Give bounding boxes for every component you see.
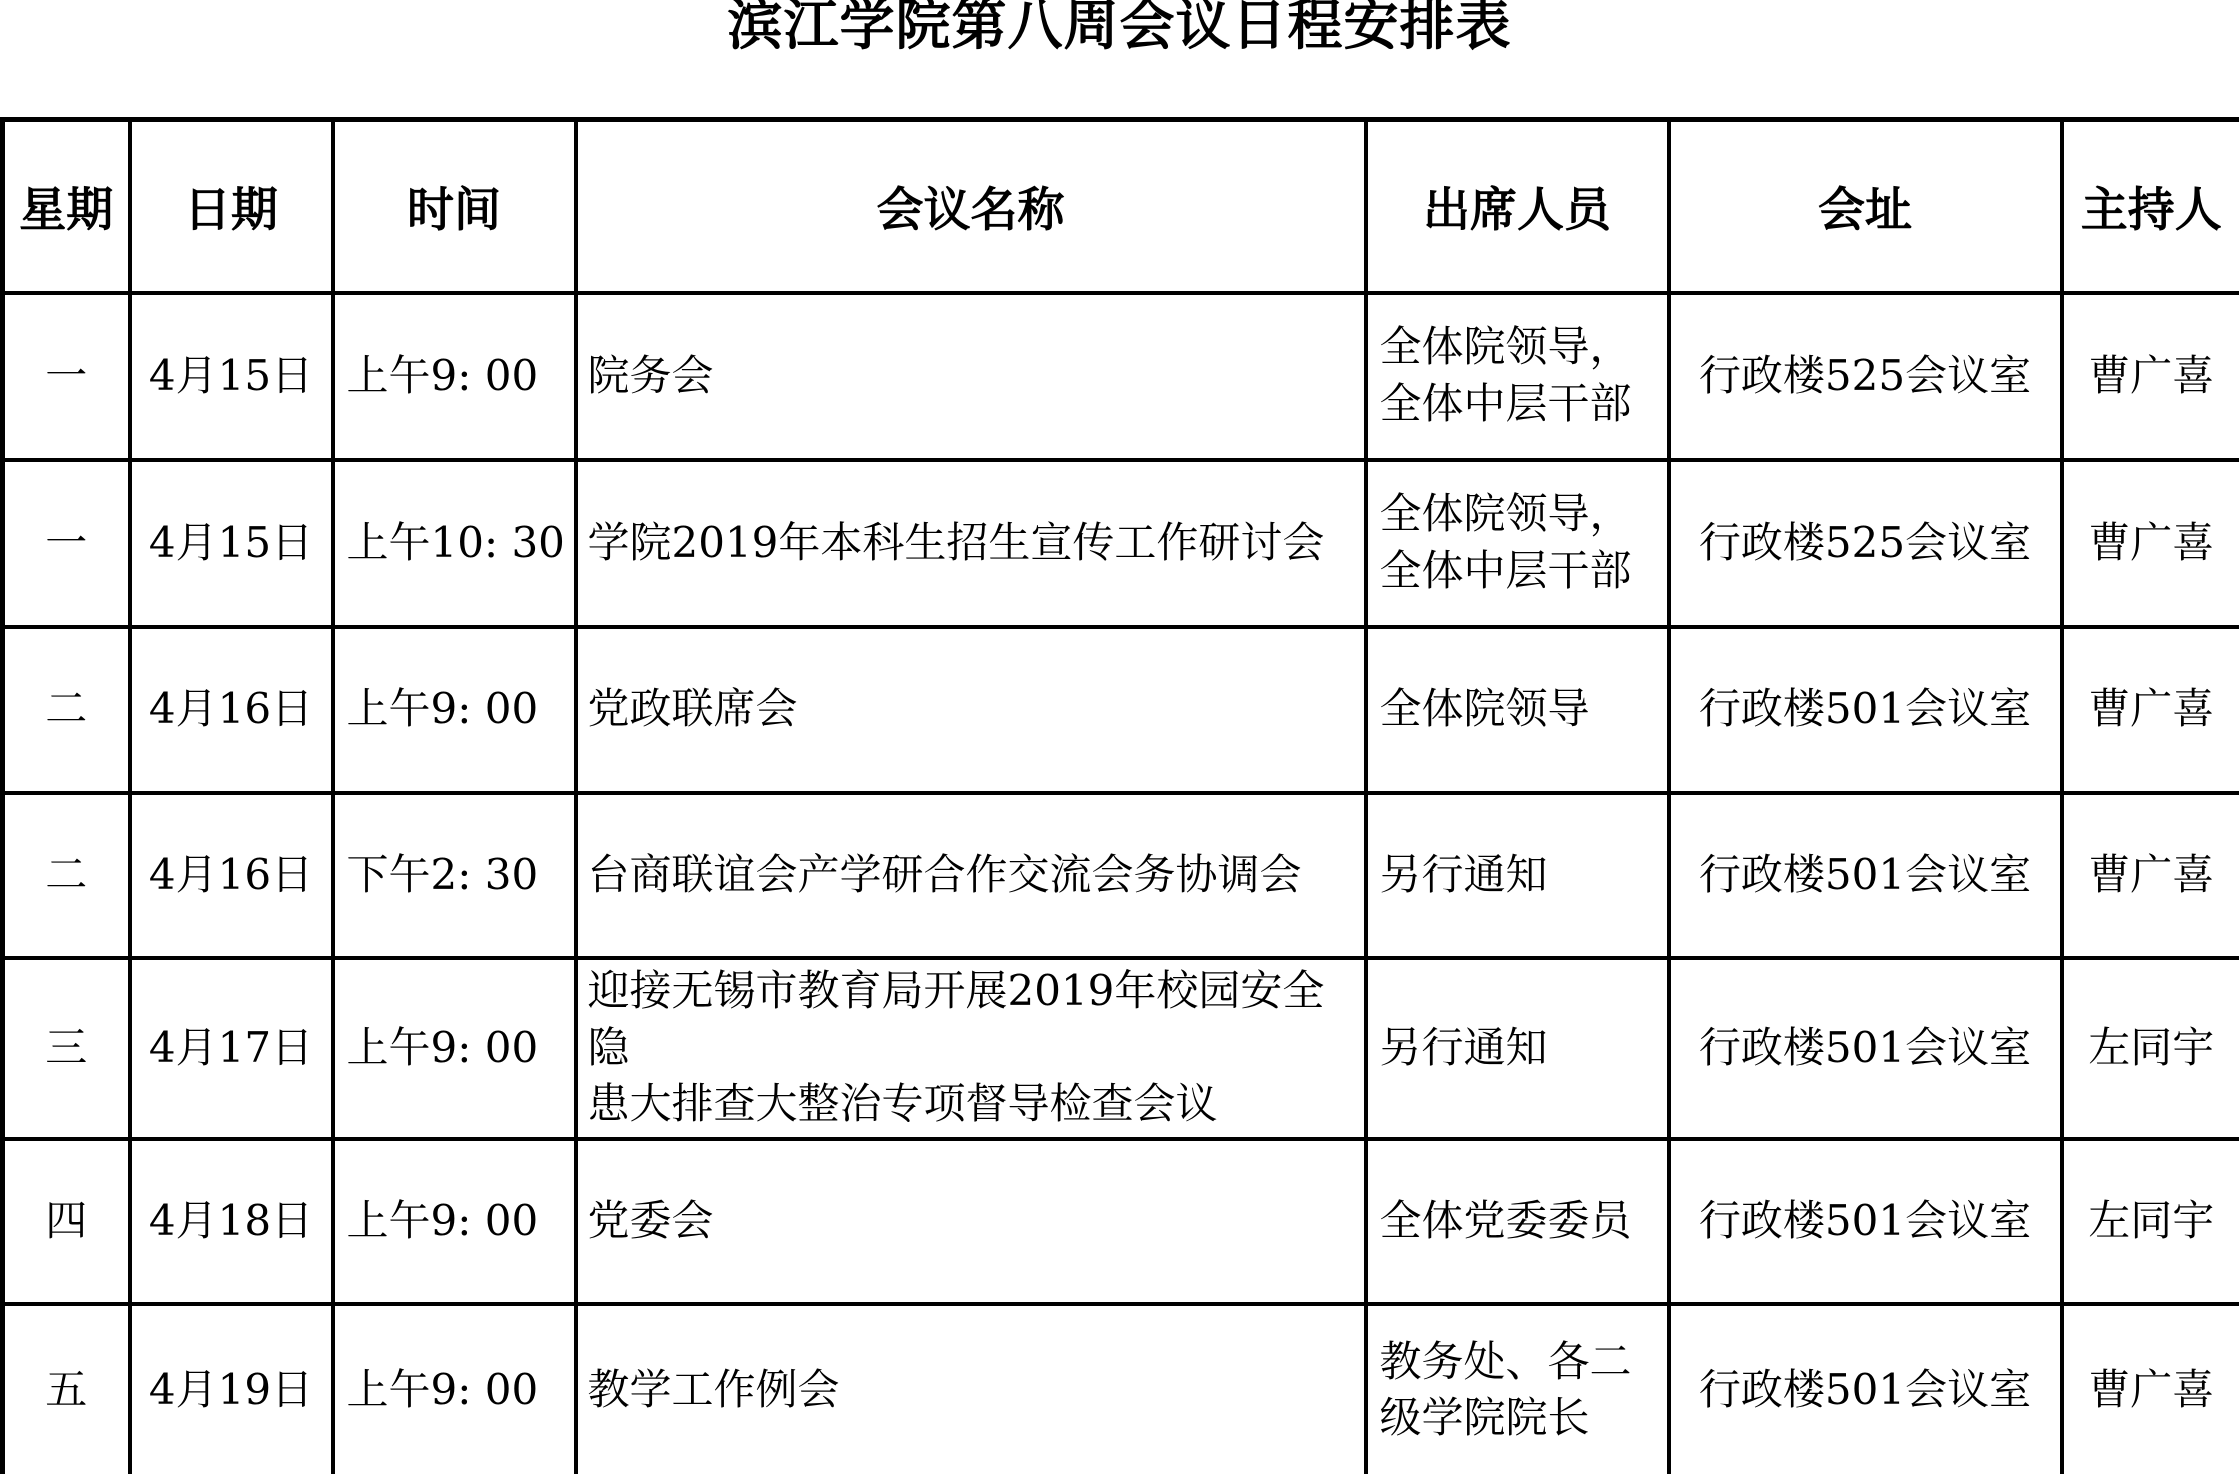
cell-date: 4月18日 [130, 1139, 333, 1304]
cell-date: 4月16日 [130, 793, 333, 958]
cell-host: 曹广喜 [2062, 293, 2239, 460]
cell-weekday: 二 [3, 793, 130, 958]
cell-attendees: 全体党委委员 [1366, 1139, 1669, 1304]
header-cell-meeting-name: 会议名称 [576, 120, 1366, 293]
schedule-table: 星期 日期 时间 会议名称 出席人员 会址 主持人 一 4月15日 上午9: 0… [0, 117, 2239, 1474]
cell-host: 左同宇 [2062, 1139, 2239, 1304]
cell-weekday: 二 [3, 627, 130, 793]
cell-host: 曹广喜 [2062, 460, 2239, 627]
page-title: 滨江学院第八周会议日程安排表 [0, 0, 2239, 56]
document-page: 滨江学院第八周会议日程安排表 星期 日期 时间 会议名称 出席人员 会址 主持人 [0, 0, 2239, 1474]
cell-weekday: 四 [3, 1139, 130, 1304]
cell-host: 曹广喜 [2062, 627, 2239, 793]
table-row: 四 4月18日 上午9: 00 党委会 全体党委委员 行政楼501会议室 左同宇 [3, 1139, 2239, 1304]
cell-time: 上午9: 00 [333, 1139, 576, 1304]
cell-meeting-name: 教学工作例会 [576, 1304, 1366, 1474]
cell-time: 上午9: 00 [333, 958, 576, 1139]
cell-weekday: 三 [3, 958, 130, 1139]
table-row: 二 4月16日 上午9: 00 党政联席会 全体院领导 行政楼501会议室 曹广… [3, 627, 2239, 793]
cell-weekday: 一 [3, 293, 130, 460]
cell-attendees: 全体院领导， 全体中层干部 [1366, 460, 1669, 627]
header-cell-host: 主持人 [2062, 120, 2239, 293]
cell-attendees: 另行通知 [1366, 958, 1669, 1139]
table-row: 一 4月15日 上午10: 30 学院2019年本科生招生宣传工作研讨会 全体院… [3, 460, 2239, 627]
cell-host: 曹广喜 [2062, 793, 2239, 958]
cell-date: 4月15日 [130, 460, 333, 627]
table-row: 三 4月17日 上午9: 00 迎接无锡市教育局开展2019年校园安全隐 患大排… [3, 958, 2239, 1139]
table-row: 五 4月19日 上午9: 00 教学工作例会 教务处、各二 级学院院长 行政楼5… [3, 1304, 2239, 1474]
cell-time: 上午9: 00 [333, 627, 576, 793]
header-cell-date: 日期 [130, 120, 333, 293]
cell-venue: 行政楼501会议室 [1669, 1304, 2062, 1474]
cell-attendees: 教务处、各二 级学院院长 [1366, 1304, 1669, 1474]
table-row: 一 4月15日 上午9: 00 院务会 全体院领导， 全体中层干部 行政楼525… [3, 293, 2239, 460]
cell-time: 上午10: 30 [333, 460, 576, 627]
cell-venue: 行政楼525会议室 [1669, 293, 2062, 460]
cell-time: 上午9: 00 [333, 1304, 576, 1474]
header-cell-venue: 会址 [1669, 120, 2062, 293]
cell-venue: 行政楼501会议室 [1669, 1139, 2062, 1304]
cell-host: 曹广喜 [2062, 1304, 2239, 1474]
cell-venue: 行政楼501会议室 [1669, 627, 2062, 793]
header-cell-attendees: 出席人员 [1366, 120, 1669, 293]
cell-meeting-name: 院务会 [576, 293, 1366, 460]
cell-time: 上午9: 00 [333, 293, 576, 460]
cell-meeting-name: 学院2019年本科生招生宣传工作研讨会 [576, 460, 1366, 627]
header-row: 星期 日期 时间 会议名称 出席人员 会址 主持人 [3, 120, 2239, 293]
cell-meeting-name: 党委会 [576, 1139, 1366, 1304]
cell-attendees: 全体院领导 [1366, 627, 1669, 793]
header-cell-weekday: 星期 [3, 120, 130, 293]
cell-weekday: 五 [3, 1304, 130, 1474]
cell-time: 下午2: 30 [333, 793, 576, 958]
cell-weekday: 一 [3, 460, 130, 627]
cell-venue: 行政楼501会议室 [1669, 793, 2062, 958]
cell-venue: 行政楼501会议室 [1669, 958, 2062, 1139]
cell-meeting-name: 台商联谊会产学研合作交流会务协调会 [576, 793, 1366, 958]
cell-meeting-name: 党政联席会 [576, 627, 1366, 793]
cell-meeting-name: 迎接无锡市教育局开展2019年校园安全隐 患大排查大整治专项督导检查会议 [576, 958, 1366, 1139]
cell-date: 4月16日 [130, 627, 333, 793]
cell-date: 4月15日 [130, 293, 333, 460]
cell-attendees: 全体院领导， 全体中层干部 [1366, 293, 1669, 460]
table-row: 二 4月16日 下午2: 30 台商联谊会产学研合作交流会务协调会 另行通知 行… [3, 793, 2239, 958]
header-cell-time: 时间 [333, 120, 576, 293]
cell-attendees: 另行通知 [1366, 793, 1669, 958]
cell-venue: 行政楼525会议室 [1669, 460, 2062, 627]
cell-date: 4月19日 [130, 1304, 333, 1474]
cell-host: 左同宇 [2062, 958, 2239, 1139]
cell-date: 4月17日 [130, 958, 333, 1139]
